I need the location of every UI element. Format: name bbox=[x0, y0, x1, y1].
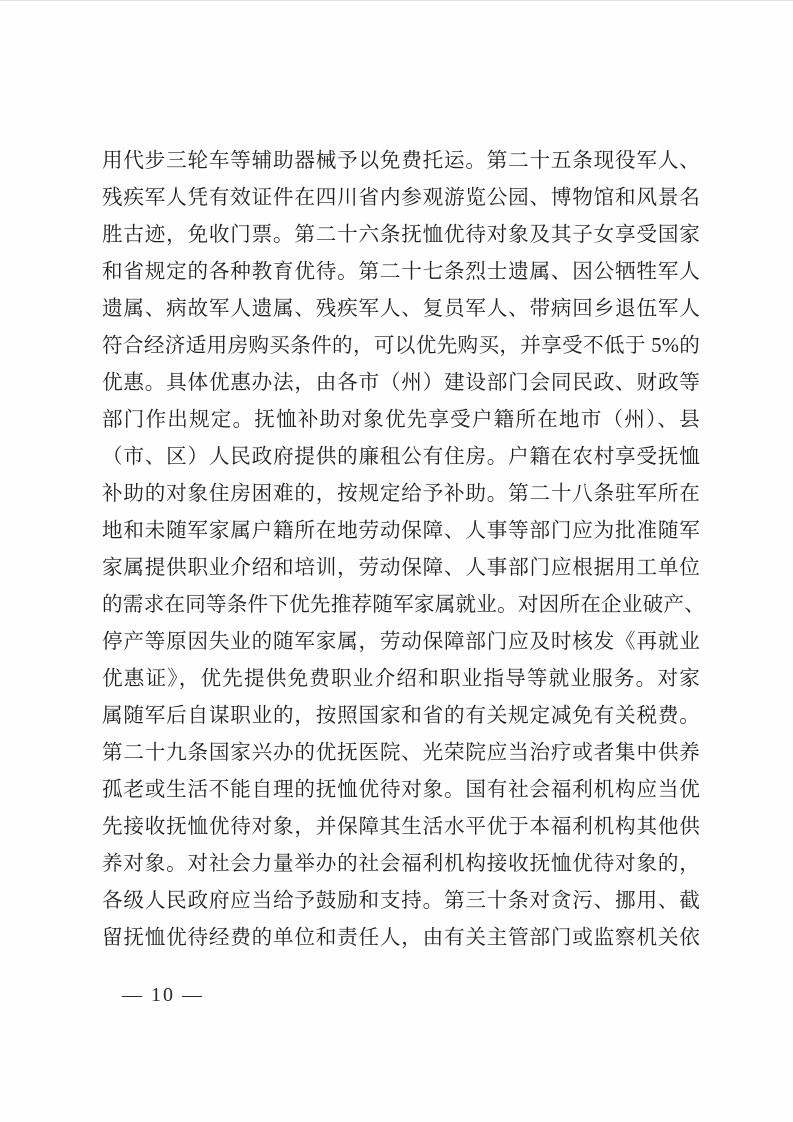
text-line: 胜古迹，免收门票。第二十六条抚恤优待对象及其子女享受国家 bbox=[102, 217, 700, 254]
text-line: 补助的对象住房困难的，按规定给予补助。第二十八条驻军所在 bbox=[102, 476, 700, 513]
text-line: 遗属、病故军人遗属、残疾军人、复员军人、带病回乡退伍军人 bbox=[102, 291, 700, 328]
text-line: （市、区）人民政府提供的廉租公有住房。户籍在农村享受抚恤 bbox=[102, 439, 700, 476]
text-line: 的需求在同等条件下优先推荐随军家属就业。对因所在企业破产、 bbox=[102, 587, 700, 624]
document-page: { "page": { "footer_text": "— 10 —" }, "… bbox=[0, 0, 793, 1122]
text-line: 和省规定的各种教育优待。第二十七条烈士遗属、因公牺牲军人 bbox=[102, 254, 700, 291]
text-line: 各级人民政府应当给予鼓励和支持。第三十条对贪污、挪用、截 bbox=[102, 883, 700, 920]
text-line: 孤老或生活不能自理的抚恤优待对象。国有社会福利机构应当优 bbox=[102, 772, 700, 809]
text-line: 留抚恤优待经费的单位和责任人，由有关主管部门或监察机关依 bbox=[102, 920, 700, 957]
text-line: 地和未随军家属户籍所在地劳动保障、人事等部门应为批准随军 bbox=[102, 513, 700, 550]
text-line: 先接收抚恤优待对象，并保障其生活水平优于本福利机构其他供 bbox=[102, 809, 700, 846]
text-line: 停产等原因失业的随军家属，劳动保障部门应及时核发《再就业 bbox=[102, 624, 700, 661]
page-number: — 10 — bbox=[122, 984, 204, 1007]
text-line: 第二十九条国家兴办的优抚医院、光荣院应当治疗或者集中供养 bbox=[102, 735, 700, 772]
text-line: 属随军后自谋职业的，按照国家和省的有关规定减免有关税费。 bbox=[102, 698, 700, 735]
text-line: 优惠。具体优惠办法，由各市（州）建设部门会同民政、财政等 bbox=[102, 365, 700, 402]
text-line: 符合经济适用房购买条件的，可以优先购买，并享受不低于 5%的 bbox=[102, 328, 700, 365]
text-line: 家属提供职业介绍和培训，劳动保障、人事部门应根据用工单位 bbox=[102, 550, 700, 587]
scan-edge-line bbox=[0, 0, 793, 1]
body-text-block: 用代步三轮车等辅助器械予以免费托运。第二十五条现役军人、 残疾军人凭有效证件在四… bbox=[102, 143, 700, 957]
text-line: 养对象。对社会力量举办的社会福利机构接收抚恤优待对象的， bbox=[102, 846, 700, 883]
text-line: 残疾军人凭有效证件在四川省内参观游览公园、博物馆和风景名 bbox=[102, 180, 700, 217]
text-line: 优惠证》，优先提供免费职业介绍和职业指导等就业服务。对家 bbox=[102, 661, 700, 698]
text-line: 部门作出规定。抚恤补助对象优先享受户籍所在地市（州）、县 bbox=[102, 402, 700, 439]
text-line: 用代步三轮车等辅助器械予以免费托运。第二十五条现役军人、 bbox=[102, 143, 700, 180]
